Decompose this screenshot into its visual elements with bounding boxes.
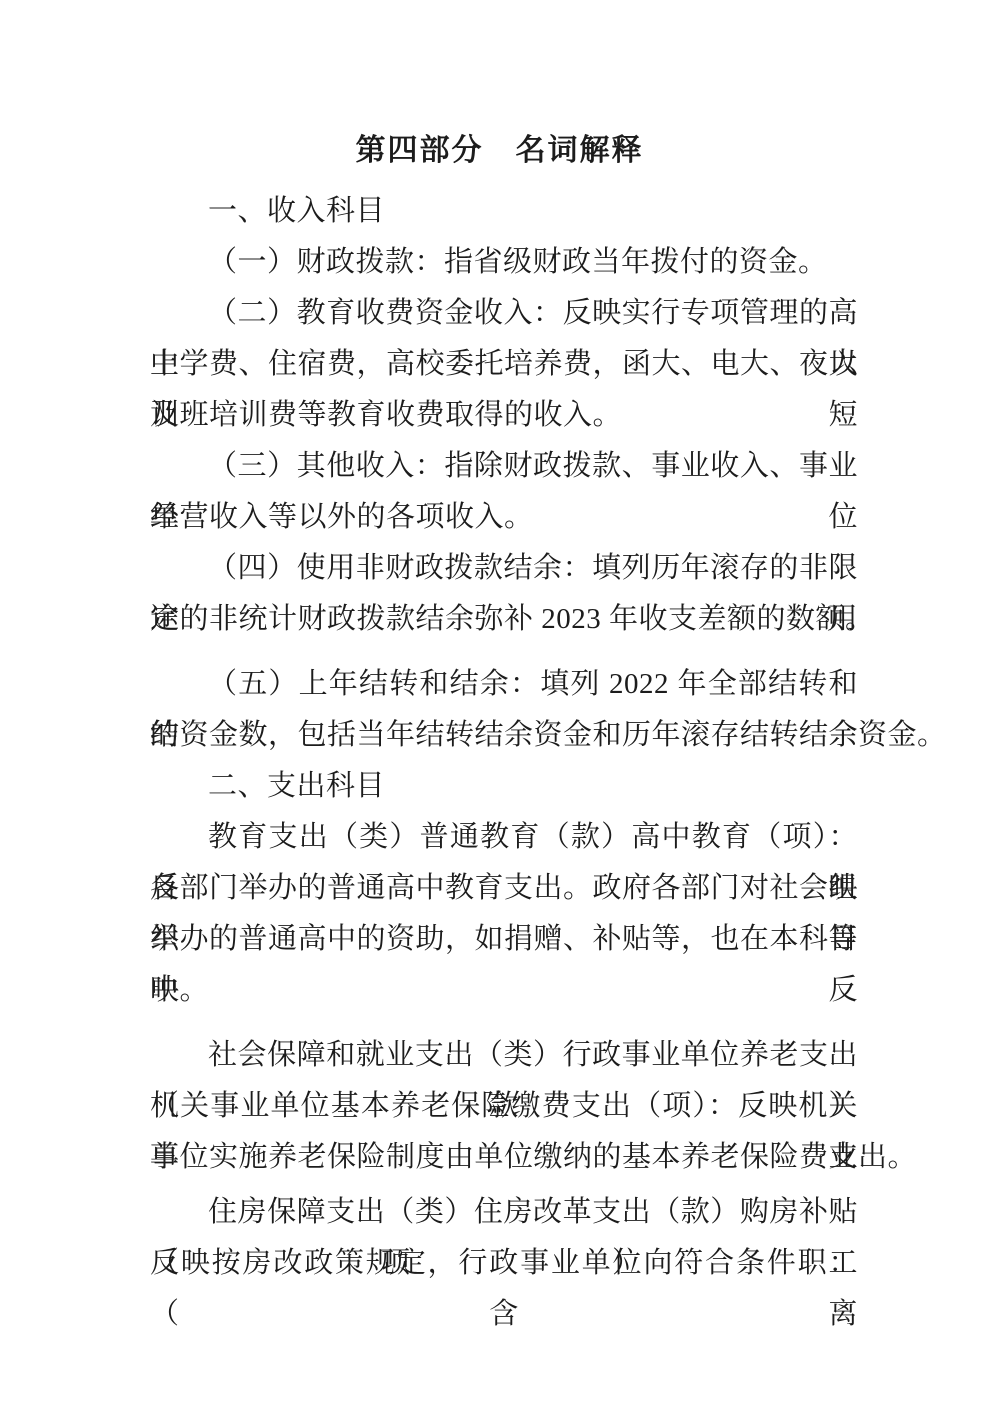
text-line: 途的非统计财政拨款结余弥补 2023 年收支差额的数额。 [150,594,858,645]
text-line: 单位实施养老保险制度由单位缴纳的基本养老保险费支出。 [150,1132,858,1183]
para-other-income: （三）其他收入：指除财政拨款、事业收入、事业单位经营收入等以外的各项收入。 [150,441,858,543]
document-page: 第四部分 名词解释 一、收入科目（一）财政拨款：指省级财政当年拨付的资金。（二）… [0,0,999,1413]
para-social-security-expenditure: 社会保障和就业支出（类）行政事业单位养老支出（款）机关事业单位基本养老保险缴费支… [150,1030,858,1183]
text-line: （一）财政拨款：指省级财政当年拨付的资金。 [150,237,858,288]
text-line: 社会保障和就业支出（类）行政事业单位养老支出（款） [150,1030,858,1081]
text-line: 举办的普通高中的资助，如捐赠、补贴等，也在本科目中反 [150,914,858,965]
para-education-expenditure: 教育支出（类）普通教育（款）高中教育（项）：反映各部门举办的普通高中教育支出。政… [150,812,858,1016]
text-line: 住房保障支出（类）住房改革支出（款）购房补贴（项）： [150,1187,858,1238]
text-line: （四）使用非财政拨款结余：填列历年滚存的非限定用 [150,543,858,594]
text-line: 二、支出科目 [150,761,858,812]
text-line: 各部门举办的普通高中教育支出。政府各部门对社会组织等 [150,863,858,914]
text-line: 机关事业单位基本养老保险缴费支出（项）：反映机关事业 [150,1081,858,1132]
section-heading-expenditure: 二、支出科目 [150,761,858,812]
para-fiscal-appropriation: （一）财政拨款：指省级财政当年拨付的资金。 [150,237,858,288]
text-line: （三）其他收入：指除财政拨款、事业收入、事业单位 [150,441,858,492]
section-heading-income: 一、收入科目 [150,186,858,237]
para-non-fiscal-balance: （四）使用非财政拨款结余：填列历年滚存的非限定用途的非统计财政拨款结余弥补 20… [150,543,858,645]
text-line: 上学费、住宿费，高校委托培养费，函大、电大、夜大及短 [150,339,858,390]
text-line: （二）教育收费资金收入：反映实行专项管理的高中以 [150,288,858,339]
document-body: 一、收入科目（一）财政拨款：指省级财政当年拨付的资金。（二）教育收费资金收入：反… [150,186,858,1289]
text-line: 教育支出（类）普通教育（款）高中教育（项）：反映 [150,812,858,863]
text-line: 反映按房改政策规定，行政事业单位向符合条件职工（含离 [150,1238,858,1289]
para-education-fee-income: （二）教育收费资金收入：反映实行专项管理的高中以上学费、住宿费，高校委托培养费，… [150,288,858,441]
page-title: 第四部分 名词解释 [0,130,999,172]
text-line: （五）上年结转和结余：填列 2022 年全部结转和结余 [150,659,858,710]
para-prior-year-carryover: （五）上年结转和结余：填列 2022 年全部结转和结余的资金数，包括当年结转结余… [150,659,858,761]
para-housing-expenditure: 住房保障支出（类）住房改革支出（款）购房补贴（项）：反映按房改政策规定，行政事业… [150,1187,858,1289]
text-line: 一、收入科目 [150,186,858,237]
text-line: 的资金数，包括当年结转结余资金和历年滚存结转结余资金。 [150,710,858,761]
